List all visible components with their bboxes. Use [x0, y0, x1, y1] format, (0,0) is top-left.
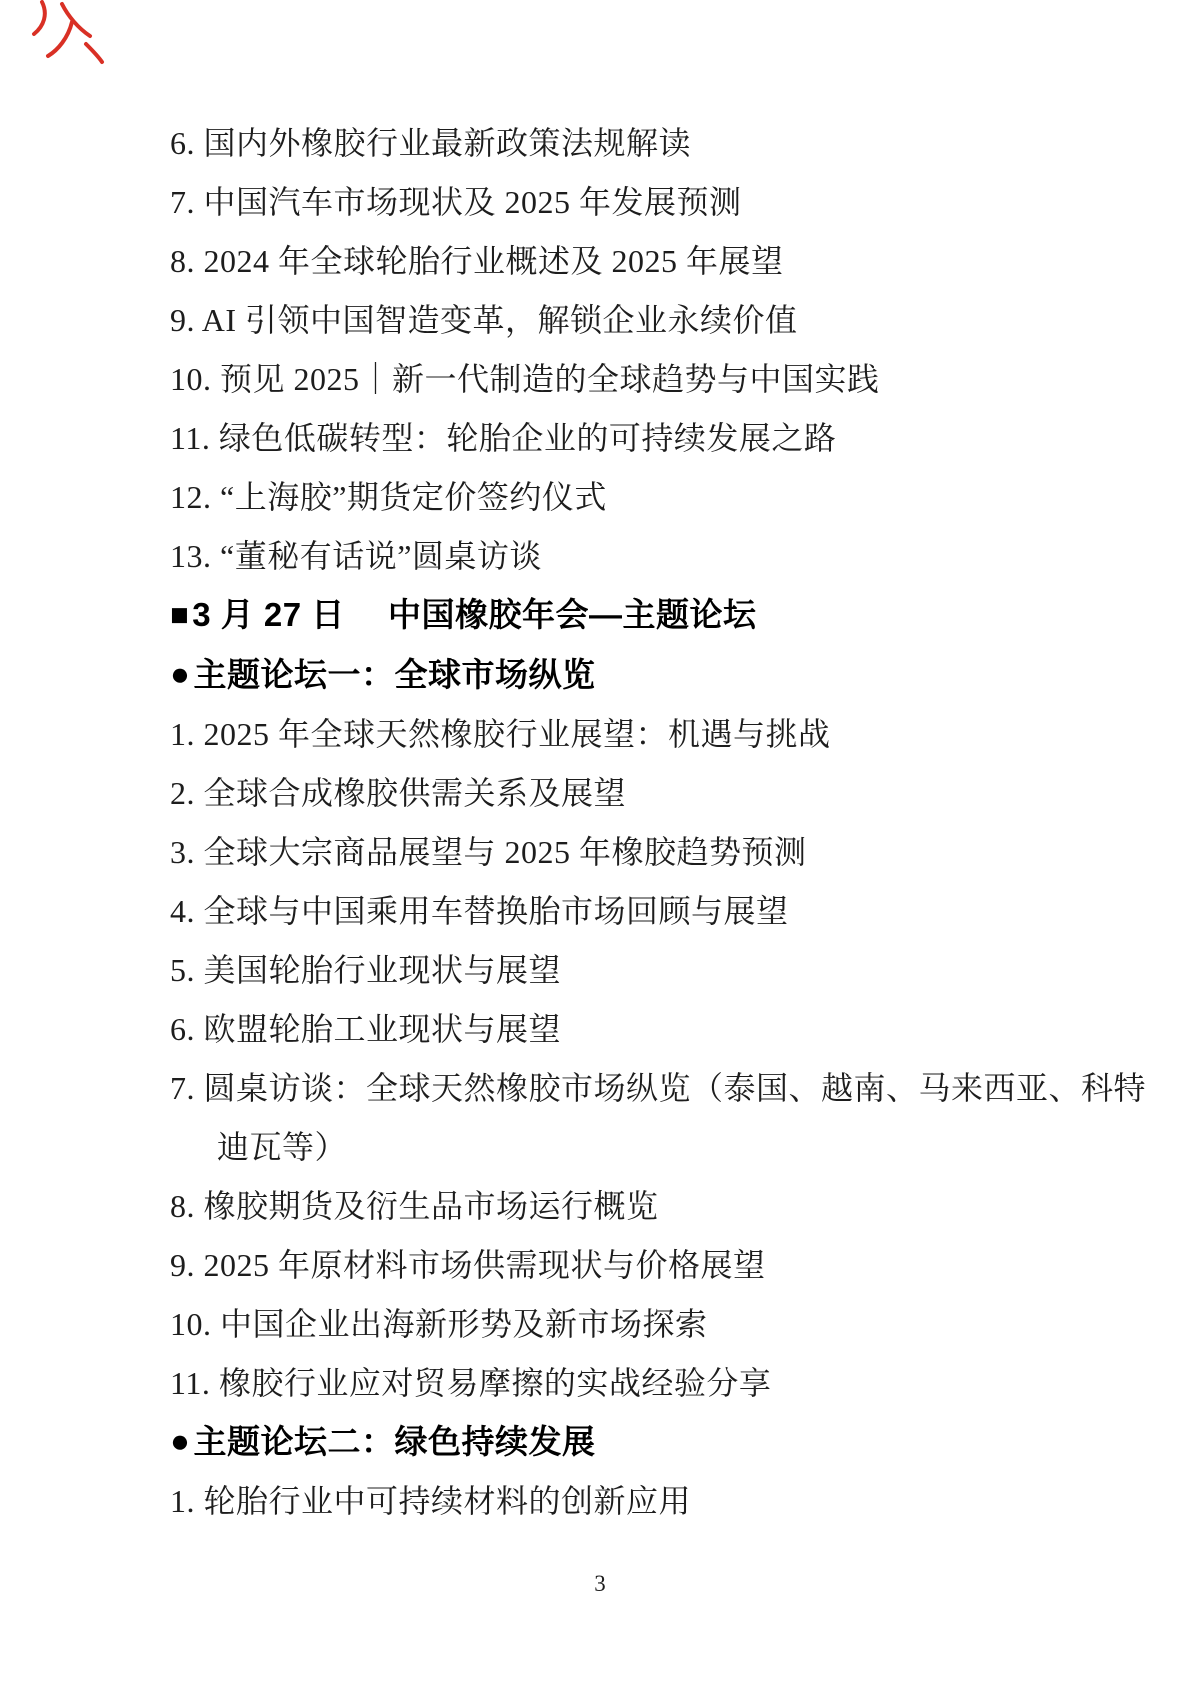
agenda-item: 3. 全球大宗商品展望与 2025 年橡胶趋势预测	[170, 835, 1160, 869]
agenda-item-wrapped: 7. 圆桌访谈：全球天然橡胶市场纵览（泰国、越南、马来西亚、科特 迪瓦等）	[170, 1071, 1160, 1164]
agenda-item: 8. 橡胶期货及衍生品市场运行概览	[170, 1189, 1160, 1223]
agenda-item: 10. 预见 2025｜新一代制造的全球趋势与中国实践	[170, 362, 1160, 396]
agenda-item: 12. “上海胶”期货定价签约仪式	[170, 480, 1160, 514]
agenda-item-line1: 7. 圆桌访谈：全球天然橡胶市场纵览（泰国、越南、马来西亚、科特	[170, 1071, 1160, 1105]
section-header-march-27: ■3 月 27 日 中国橡胶年会—主题论坛	[170, 598, 1160, 633]
agenda-item: 6. 欧盟轮胎工业现状与展望	[170, 1012, 1160, 1046]
forum-header-one: ●主题论坛一：全球市场纵览	[170, 658, 1160, 692]
agenda-item: 4. 全球与中国乘用车替换胎市场回顾与展望	[170, 894, 1160, 928]
agenda-item: 11. 橡胶行业应对贸易摩擦的实战经验分享	[170, 1366, 1160, 1400]
forum-header-text: 主题论坛一：全球市场纵览	[193, 656, 595, 693]
agenda-item: 13. “董秘有话说”圆桌访谈	[170, 539, 1160, 573]
agenda-item: 8. 2024 年全球轮胎行业概述及 2025 年展望	[170, 244, 1160, 278]
agenda-item: 5. 美国轮胎行业现状与展望	[170, 953, 1160, 987]
document-page: 6. 国内外橡胶行业最新政策法规解读 7. 中国汽车市场现状及 2025 年发展…	[0, 0, 1200, 1696]
section-header-text: 3 月 27 日 中国橡胶年会—主题论坛	[192, 596, 756, 633]
forum-header-two: ●主题论坛二：绿色持续发展	[170, 1425, 1160, 1459]
black-square-bullet-icon: ■	[170, 598, 189, 632]
agenda-item: 7. 中国汽车市场现状及 2025 年发展预测	[170, 185, 1160, 219]
red-corner-mark-icon	[28, 0, 106, 70]
agenda-item: 11. 绿色低碳转型：轮胎企业的可持续发展之路	[170, 421, 1160, 455]
agenda-item-line2: 迪瓦等）	[170, 1130, 1160, 1164]
agenda-item: 9. AI 引领中国智造变革，解锁企业永续价值	[170, 303, 1160, 337]
agenda-item: 1. 轮胎行业中可持续材料的创新应用	[170, 1484, 1160, 1518]
agenda-list: 6. 国内外橡胶行业最新政策法规解读 7. 中国汽车市场现状及 2025 年发展…	[170, 126, 1160, 1543]
agenda-item: 6. 国内外橡胶行业最新政策法规解读	[170, 126, 1160, 160]
agenda-item: 1. 2025 年全球天然橡胶行业展望：机遇与挑战	[170, 717, 1160, 751]
agenda-item: 10. 中国企业出海新形势及新市场探索	[170, 1307, 1160, 1341]
black-circle-bullet-icon: ●	[170, 657, 190, 691]
agenda-item: 2. 全球合成橡胶供需关系及展望	[170, 776, 1160, 810]
forum-header-text: 主题论坛二：绿色持续发展	[193, 1423, 595, 1460]
black-circle-bullet-icon: ●	[170, 1424, 190, 1458]
page-number: 3	[0, 1570, 1200, 1598]
agenda-item: 9. 2025 年原材料市场供需现状与价格展望	[170, 1248, 1160, 1282]
